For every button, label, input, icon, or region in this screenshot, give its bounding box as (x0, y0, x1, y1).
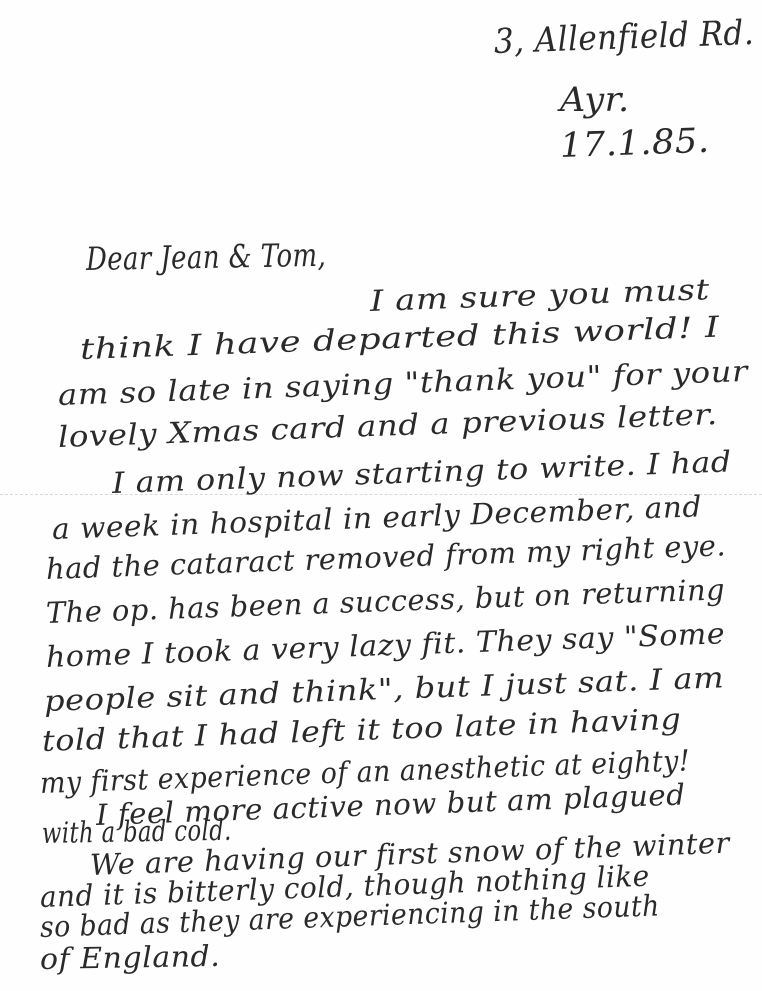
salutation: Dear Jean & Tom, (86, 236, 327, 278)
address-line-1: 3, Allenfield Rd. (493, 13, 754, 62)
address-line-2: Ayr. (560, 80, 630, 120)
letter-line: of England. (40, 939, 221, 976)
letter-page: 3, Allenfield Rd. Ayr. 17.1.85. Dear Jea… (0, 0, 762, 991)
letter-date: 17.1.85. (559, 121, 710, 166)
